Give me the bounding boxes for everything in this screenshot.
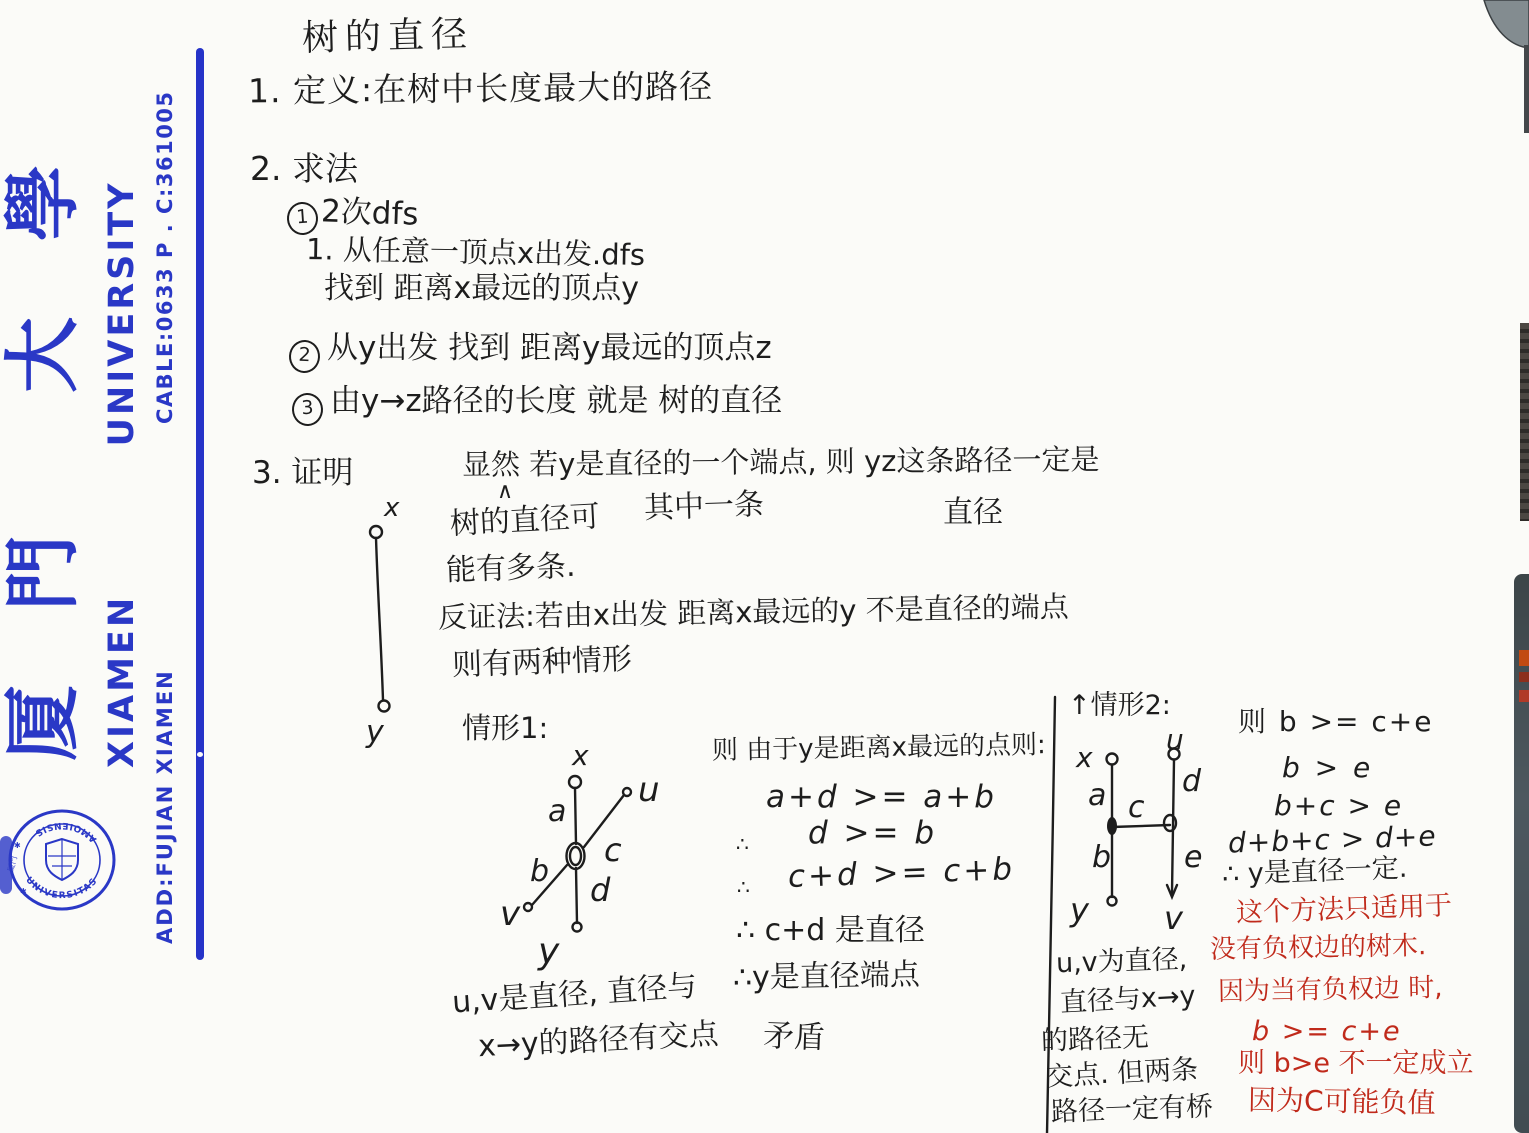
case2-inequality-1: 则 b >= c+e xyxy=(1238,706,1433,738)
letterhead-char-da: 大 xyxy=(0,312,86,398)
scan-edge-orange-mark-2 xyxy=(1519,672,1529,682)
case1-label-u: u xyxy=(638,770,660,810)
note-step1-sub2: 找到 距离x最远的顶点y xyxy=(324,272,639,307)
scan-edge-orange-mark-1 xyxy=(1519,650,1529,666)
case2-label-b: b xyxy=(1092,840,1111,875)
note-line-definition: 1. 定义:在树中长度最大的路径 xyxy=(248,68,713,111)
case2-caption-line2: 直径与x→y xyxy=(1059,980,1196,1018)
case1-inequality-2: d >= b xyxy=(808,816,937,852)
xy-segment-figure: x y xyxy=(340,490,430,752)
red-note-line2: 没有负权边的树木. xyxy=(1210,932,1427,966)
seal-star-icon: ✱ xyxy=(14,841,21,850)
letterhead-address-line: ADD:FUJIAN XIAMEN xyxy=(153,652,177,944)
letterhead-en-name: XIAMEN UNIVERSITY xyxy=(102,164,142,768)
seal-star-icon-2: ✱ xyxy=(20,887,27,896)
case1-label-x: x xyxy=(571,739,589,772)
letterhead-en-university: UNIVERSITY xyxy=(102,180,142,446)
case1-label-d: d xyxy=(590,871,611,909)
letterhead-char-xia: 厦 xyxy=(0,680,86,766)
proof-contradiction-line: 反证法:若由x出发 距离x最远的y 不是直径的端点 xyxy=(438,590,1069,634)
note-step1: 2次dfs xyxy=(320,194,419,233)
case2-label-c: c xyxy=(1128,790,1145,825)
circled-number-3: 3 xyxy=(291,392,324,427)
proof-main-line: 显然 若y是直径的一个端点, 则 yz这条路径一定是 xyxy=(462,443,1100,482)
note-proof-heading: 3. 证明 xyxy=(252,456,353,492)
letterhead-char-xue: 學 xyxy=(0,160,86,246)
case1-caption-line2: x→y的路径有交点 xyxy=(477,1018,719,1065)
case2-label-v: v xyxy=(1164,899,1184,937)
note-line-method-heading: 2. 求法 xyxy=(250,150,358,188)
scan-edge-strip-mid xyxy=(1520,323,1529,521)
letterhead-char-men: 門 xyxy=(0,530,86,616)
case1-label-a: a xyxy=(548,794,566,829)
case1-cross-figure: x u a b c d v y xyxy=(490,735,670,967)
red-note-line5: 则 b>e 不一定成立 xyxy=(1238,1048,1474,1079)
letterhead-rule-gap xyxy=(197,752,203,757)
case1-label-b: b xyxy=(530,854,549,889)
case1-conclusion-1: ∴ c+d 是直径 xyxy=(736,914,925,949)
xy-top-label: x xyxy=(383,493,400,523)
letterhead-vertical-rule xyxy=(196,48,204,960)
xy-bottom-label: y xyxy=(365,715,385,750)
letterhead-en-xiamen: XIAMEN xyxy=(102,595,142,768)
letterhead-cable-line: CABLE:0633 P . C:361005 xyxy=(153,132,177,424)
case1-inequality-1: a+d >= a+b xyxy=(766,780,997,816)
proof-inserted-note-line2: 能有多条. xyxy=(445,550,576,589)
case1-inequality-3: c+d >= c+b xyxy=(787,852,1015,896)
case1-reason-line: 则 由于y是距离x最远的点则: xyxy=(712,731,1046,767)
circled-number-2: 2 xyxy=(288,339,321,374)
note-step3: 由y→z路径的长度 就是 树的直径 xyxy=(330,384,782,420)
proof-two-cases-line: 则有两种情形 xyxy=(451,643,632,684)
case2-caption-line4: 交点. 但两条 xyxy=(1045,1054,1199,1093)
case2-label-y: y xyxy=(1069,891,1090,929)
case2-label-d: d xyxy=(1182,764,1202,799)
case1-contradiction-word: 矛盾 xyxy=(762,1019,825,1057)
scan-edge-orange-mark-3 xyxy=(1519,690,1529,702)
case1-conclusion-2: ∴y是直径端点 xyxy=(733,958,920,996)
case2-inequality-3: b+c > e xyxy=(1274,790,1403,822)
red-note-line4: b >= c+e xyxy=(1252,1016,1402,1047)
note-step2: 从y出发 找到 距离y最远的顶点z xyxy=(327,331,772,367)
case1-caption-line1: u,v是直径, 直径与 xyxy=(451,969,698,1021)
case2-caption-line5: 路径一定有桥 xyxy=(1051,1091,1214,1128)
case2-h-figure: x u a d c b e y v xyxy=(1060,715,1210,937)
insertion-caret-icon: ∧ xyxy=(497,479,513,504)
circled-number-1: 1 xyxy=(286,201,319,236)
page-corner-fold xyxy=(1470,0,1529,52)
ink-smudge xyxy=(0,836,12,894)
university-seal-icon: UNIVERSITAS AMOIENSIS ✱ ✱ 厦門 xyxy=(6,808,118,914)
case2-caption-line3: 的路径无 xyxy=(1040,1022,1149,1057)
case2-label-a: a xyxy=(1088,778,1106,813)
case2-inequality-2: b > e xyxy=(1282,752,1373,784)
therefore-mark-1: ∴ xyxy=(736,833,749,856)
case2-caption-line1: u,v为直径, xyxy=(1055,944,1187,980)
proof-inserted-note-line1: 树的直径可 xyxy=(449,500,601,542)
proof-inserted-note-line3: 其中一条 xyxy=(643,488,764,527)
scanned-note-page: 學 大 門 厦 XIAMEN UNIVERSITY CABLE:0633 P .… xyxy=(0,0,1529,1133)
case2-label-e: e xyxy=(1184,840,1202,875)
case1-label-c: c xyxy=(604,831,622,869)
therefore-mark-2: ∴ xyxy=(737,876,750,899)
case2-conclusion: ∴ y是直径一定. xyxy=(1222,853,1408,890)
proof-main-continuation: 直径 xyxy=(943,496,1003,531)
scan-edge-strip-top xyxy=(1524,45,1529,133)
note-step1-sub1: 1. 从任意一顶点x出发.dfs xyxy=(306,233,646,272)
case2-label-x: x xyxy=(1075,741,1093,774)
red-note-line1: 这个方法只适用于 xyxy=(1236,890,1453,929)
case1-label-v: v xyxy=(500,894,521,934)
page-title: 树的直径 xyxy=(301,14,474,60)
red-note-line3: 因为当有负权边 时, xyxy=(1218,974,1443,1008)
red-note-line6: 因为C可能负值 xyxy=(1248,1084,1436,1119)
case1-label-y: y xyxy=(537,931,560,972)
